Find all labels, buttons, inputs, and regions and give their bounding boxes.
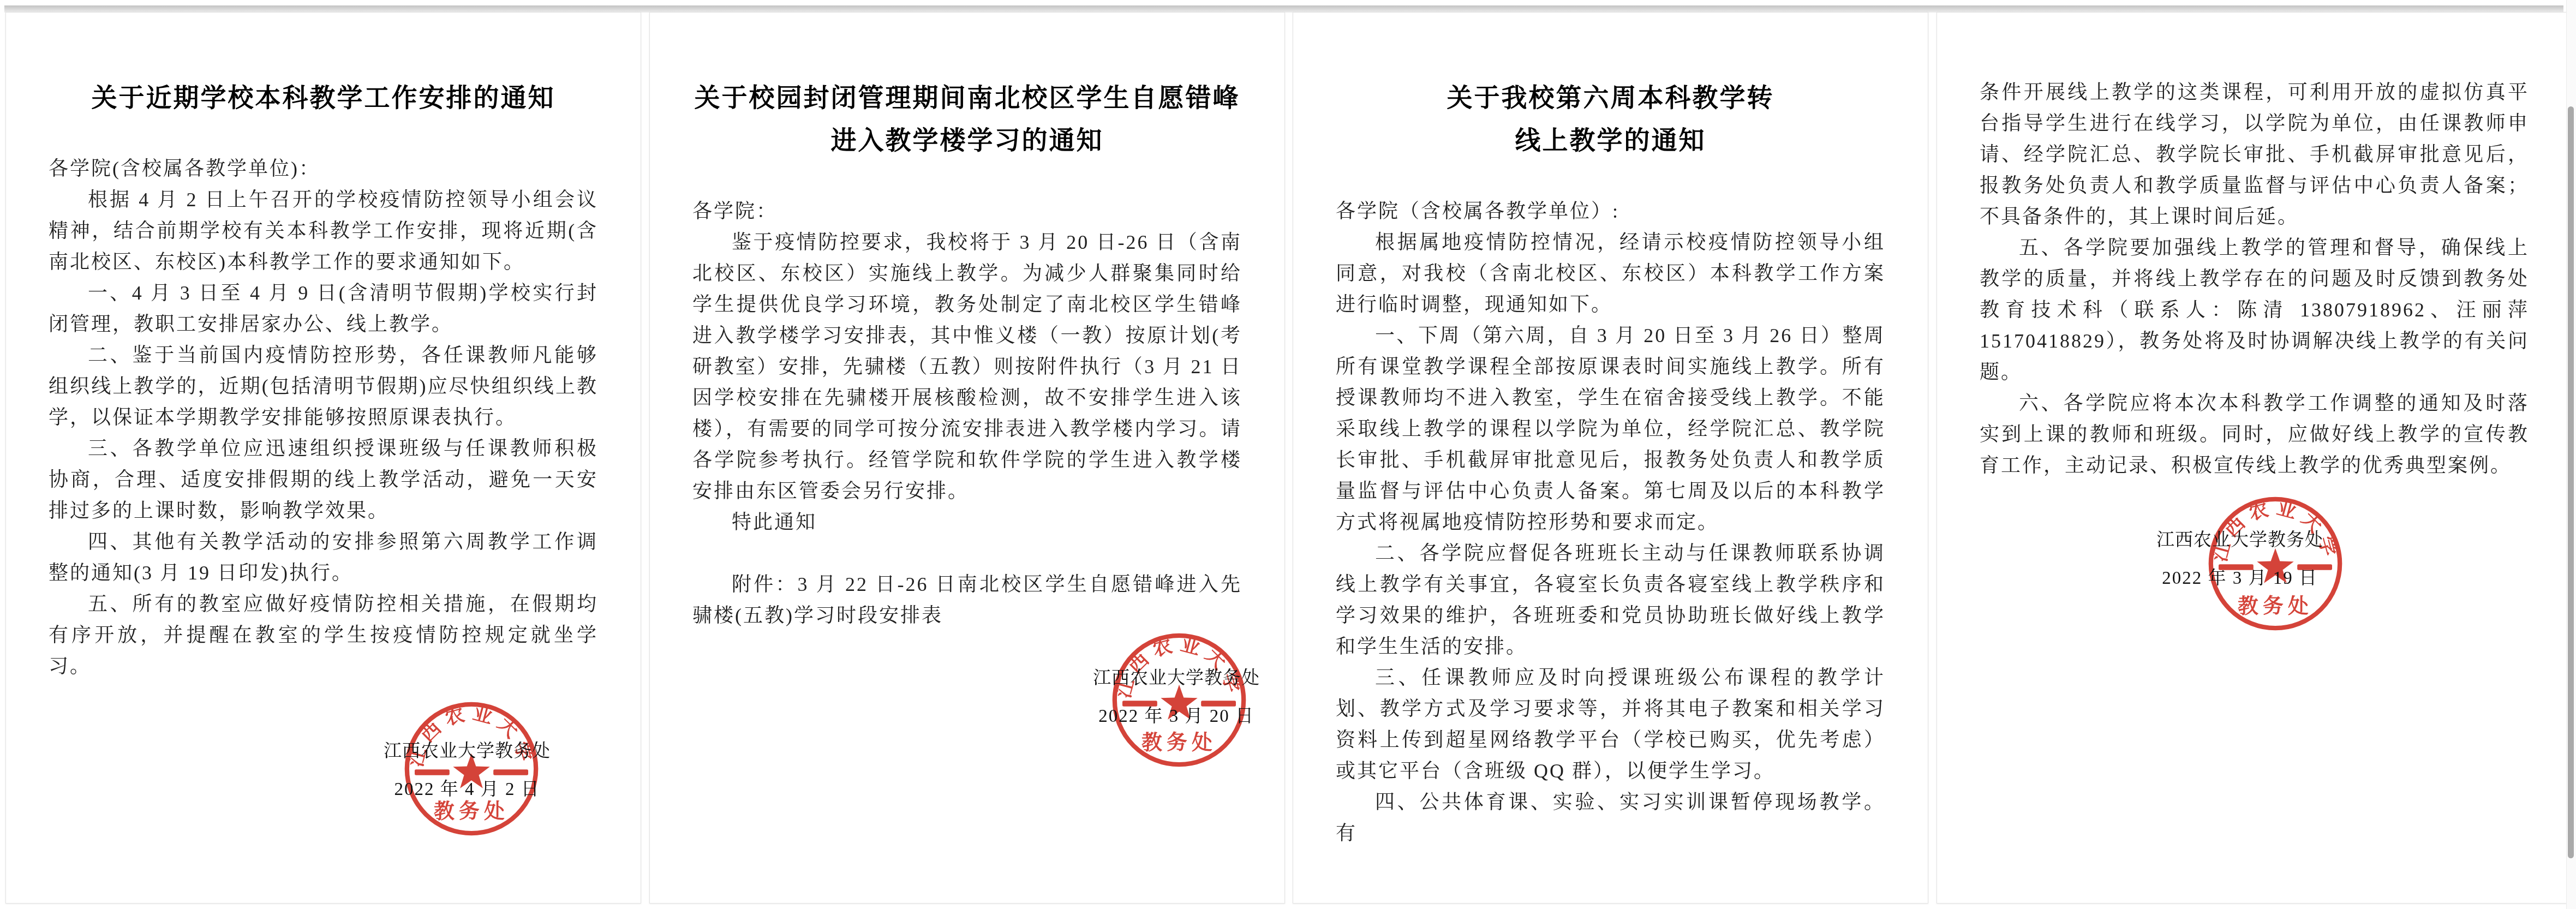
paragraph: 一、下周（第六周，自 3 月 20 日至 3 月 26 日）整周所有课堂教学课程… [1336,320,1885,538]
paragraph: 条件开展线上教学的这类课程，可利用开放的虚拟仿真平台指导学生进行在线学习，以学院… [1980,77,2529,232]
document-page-3: 关于我校第六周本科教学转 线上教学的通知 各学院（含校属各教学单位）: 根据属地… [1293,12,1928,904]
document-viewer: { "colors": { "seal_red": "#cf2a1e", "sc… [0,0,2576,909]
page-body: 条件开展线上教学的这类课程，可利用开放的虚拟仿真平台指导学生进行在线学习，以学院… [1980,77,2529,481]
salutation: 各学院： [692,196,1242,227]
salutation: 各学院(含校属各教学单位)： [49,153,598,184]
signature-date: 2022 年 3 月 20 日 [1086,704,1266,728]
document-page-4: 条件开展线上教学的这类课程，可利用开放的虚拟仿真平台指导学生进行在线学习，以学院… [1937,12,2572,904]
signature-block: 江西农业大学教务处 2022 年 3 月 20 日 [1086,666,1266,728]
paragraph: 五、所有的教室应做好疫情防控相关措施，在假期均有序开放，并提醒在教室的学生按疫情… [49,589,598,682]
seal-bottom-text: 教务处 [1141,731,1217,754]
signature-date: 2022 年 4 月 2 日 [377,778,557,802]
page-body: 根据 4 月 2 日上午召开的学校疫情防控领导小组会议精神，结合前期学校有关本科… [49,184,598,682]
page-body: 根据属地疫情防控情况，经请示校疫情防控领导小组同意，对我校（含南北校区、东校区）… [1336,227,1885,849]
page-title: 关于近期学校本科教学工作安排的通知 [49,77,598,119]
seal-bottom-text: 教务处 [2238,595,2313,618]
scrollbar[interactable] [2566,0,2576,909]
paragraph: 根据属地疫情防控情况，经请示校疫情防控领导小组同意，对我校（含南北校区、东校区）… [1336,227,1885,320]
title-line: 进入教学楼学习的通知 [692,119,1242,162]
paragraph: 六、各学院应将本次本科教学工作调整的通知及时落实到上课的教师和班级。同时，应做好… [1980,388,2529,481]
page-body: 鉴于疫情防控要求，我校将于 3 月 20 日-26 日（含南北校区、东校区）实施… [692,227,1242,631]
paragraph: 附件：3 月 22 日-26 日南北校区学生自愿错峰进入先骕楼(五教)学习时段安… [692,569,1242,631]
seal-bottom-text: 教务处 [434,800,509,823]
title-line: 线上教学的通知 [1336,119,1885,162]
paragraph: 三、任课教师应及时向授课班级公布课程的教学计划、教学方式及学习要求等，并将其电子… [1336,662,1885,787]
title-line: 关于我校第六周本科教学转 [1336,77,1885,119]
paragraph: 鉴于疫情防控要求，我校将于 3 月 20 日-26 日（含南北校区、东校区）实施… [692,227,1242,507]
page-title: 关于校园封闭管理期间南北校区学生自愿错峰 进入教学楼学习的通知 [692,77,1242,162]
title-line: 关于近期学校本科教学工作安排的通知 [49,77,598,119]
paragraph: 四、公共体育课、实验、实习实训课暂停现场教学。有 [1336,787,1885,849]
document-page-1: 关于近期学校本科教学工作安排的通知 各学院(含校属各教学单位)： 根据 4 月 … [5,12,641,904]
paragraph: 一、4 月 3 日至 4 月 9 日(含清明节假期)学校实行封闭管理，教职工安排… [49,278,598,340]
paragraph: 四、其他有关教学活动的安排参照第六周教学工作调整的通知(3 月 19 日印发)执… [49,527,598,589]
paragraph: 根据 4 月 2 日上午召开的学校疫情防控领导小组会议精神，结合前期学校有关本科… [49,184,598,278]
document-page-2: 关于校园封闭管理期间南北校区学生自愿错峰 进入教学楼学习的通知 各学院： 鉴于疫… [649,12,1285,904]
signature-org: 江西农业大学教务处 [1086,666,1266,690]
signature-block: 江西农业大学教务处 2022 年 3 月 19 日 [2150,528,2330,590]
signature-date: 2022 年 3 月 19 日 [2150,566,2330,590]
paragraph: 五、各学院要加强线上教学的管理和督导，确保线上教学的质量，并将线上教学存在的问题… [1980,232,2529,388]
paragraph: 特此通知 [692,507,1242,538]
scrollbar-thumb[interactable] [2568,106,2574,858]
page-title: 关于我校第六周本科教学转 线上教学的通知 [1336,77,1885,162]
salutation: 各学院（含校属各教学单位）: [1336,196,1885,227]
signature-org: 江西农业大学教务处 [377,739,557,763]
title-line: 关于校园封闭管理期间南北校区学生自愿错峰 [692,77,1242,119]
signature-org: 江西农业大学教务处 [2150,528,2330,552]
paragraph: 二、鉴于当前国内疫情防控形势，各任课教师凡能够组织线上教学的，近期(包括清明节假… [49,340,598,433]
paragraph: 三、各教学单位应迅速组织授课班级与任课教师积极协商，合理、适度安排假期的线上教学… [49,433,598,527]
signature-block: 江西农业大学教务处 2022 年 4 月 2 日 [377,739,557,802]
paragraph: 二、各学院应督促各班班长主动与任课教师联系协调线上教学有关事宜，各寝室长负责各寝… [1336,538,1885,662]
